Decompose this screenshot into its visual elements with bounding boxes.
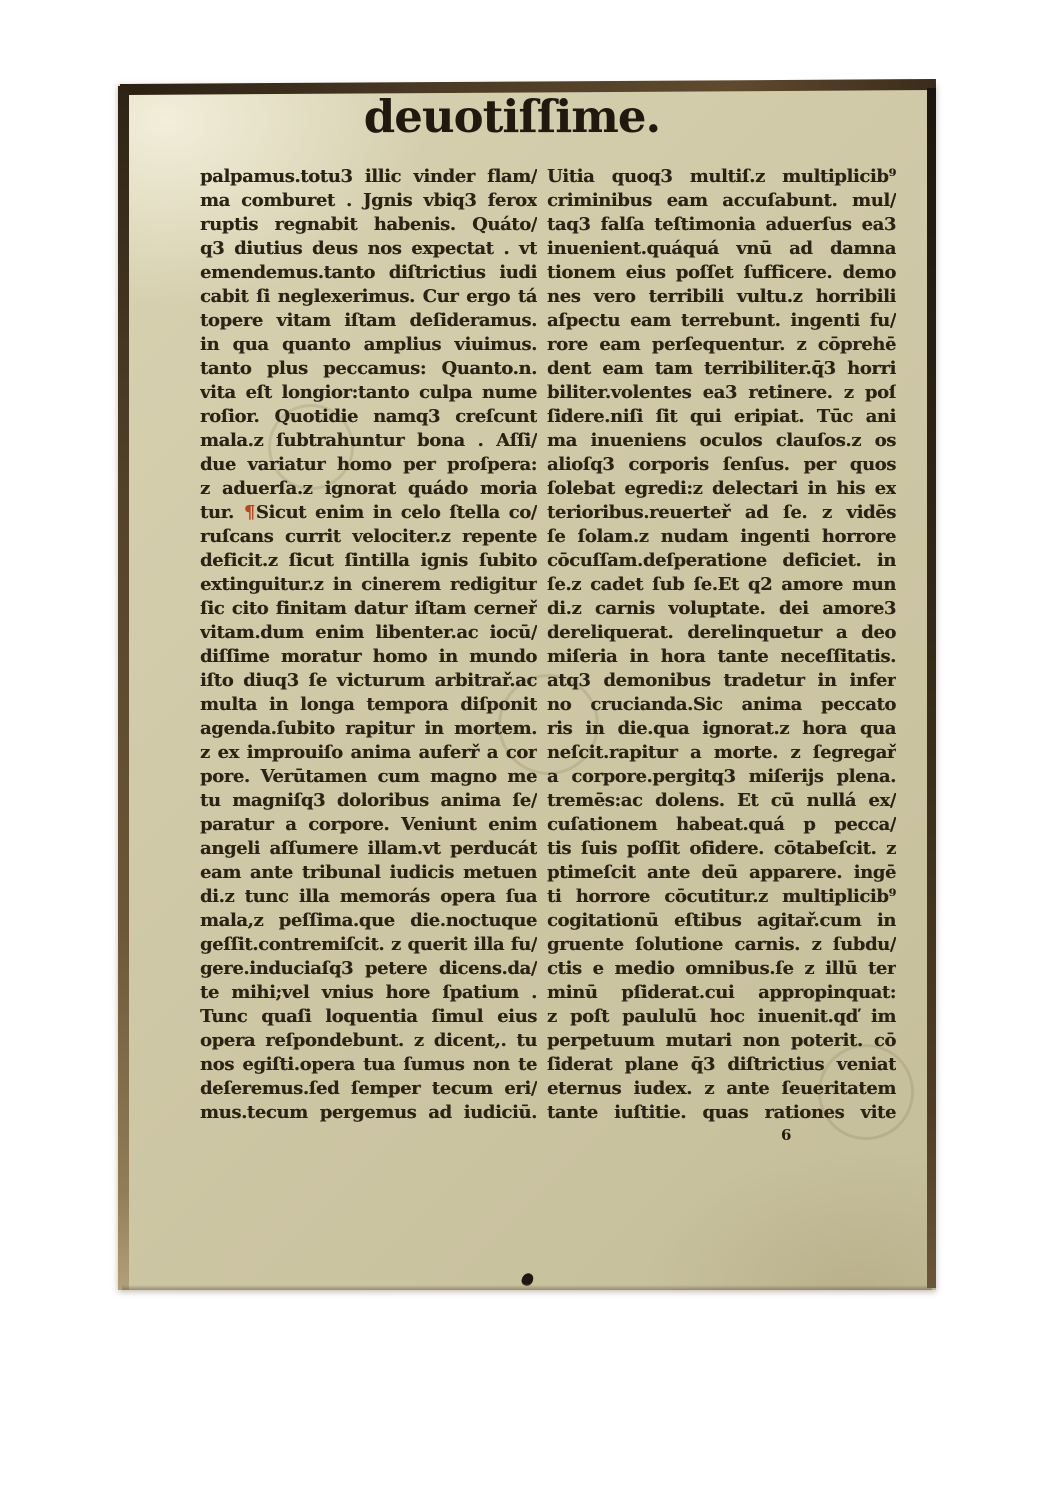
text-line: multa in longa tempora diſponit: [200, 693, 537, 717]
text-line: due variatur homo per proſpera:: [200, 453, 537, 477]
text-line: ctis e medio omnibus.ſe z illū ter: [547, 957, 896, 981]
scanned-book-page: deuotiſſime. palpamus.totu3 illic vinder…: [118, 84, 936, 1290]
running-title: deuotiſſime.: [118, 90, 936, 143]
text-line: ma inueniens oculos clauſos.z os: [547, 429, 896, 453]
page-bottom-edge: [122, 1285, 932, 1290]
text-line: ſe ſolam.z nudam ingenti horrore: [547, 525, 896, 549]
text-line: biliter.volentes ea3 retinere. z poſ: [547, 381, 896, 405]
page-right-edge: [927, 88, 936, 1288]
text-line: emendemus.tanto diſtrictius iudi: [200, 261, 537, 285]
text-line: Uitia quoq3 multiſ.z multiplicib⁹: [547, 165, 896, 189]
book-gutter-edge: [118, 86, 129, 1290]
text-line: terioribus.reuerteř ad ſe. z vidēs: [547, 501, 896, 525]
text-line: rore eam perſequentur. z cōprehē: [547, 333, 896, 357]
text-line: a corpore.pergitq3 miſerijs plena.: [547, 765, 896, 789]
text-line: mala.z ſubtrahuntur bona . Aſſi/: [200, 429, 537, 453]
text-line: di.z tunc illa memorás opera ſua: [200, 885, 537, 909]
text-line: ti horrore cōcutitur.z multiplicib⁹: [547, 885, 896, 909]
text-line: agenda.ſubito rapitur in mortem.: [200, 717, 537, 741]
text-line: dereliquerat. derelinquetur a deo: [547, 621, 896, 645]
text-line: atq3 demonibus tradetur in infer: [547, 669, 896, 693]
text-line: taq3 falſa teſtimonia aduerſus ea3: [547, 213, 896, 237]
left-text-column: palpamus.totu3 illic vinder flam/ma comb…: [200, 165, 537, 1125]
text-line: mala,z peſſima.que die.noctuque: [200, 909, 537, 933]
text-line: roſior. Quotidie namq3 creſcunt: [200, 405, 537, 429]
text-line: alioſq3 corporis ſenſus. per quos: [547, 453, 896, 477]
text-line: no crucianda.Sic anima peccato: [547, 693, 896, 717]
text-line: ruſcans currit velociter.z repente: [200, 525, 537, 549]
text-line: mus.tecum pergemus ad iudiciū.: [200, 1101, 537, 1125]
text-line: criminibus eam accuſabunt. mul/: [547, 189, 896, 213]
text-line: tis ſuis poſſit ofidere. cōtabeſcit. z: [547, 837, 896, 861]
text-line: angeli aſſumere illam.vt perducát: [200, 837, 537, 861]
text-line: vitam.dum enim libenter.ac iocū/: [200, 621, 537, 645]
text-line: nes vero terribili vultu.z horribili: [547, 285, 896, 309]
text-line: tremēs:ac dolens. Et cū nullá ex/: [547, 789, 896, 813]
text-line: te mihi;vel vnius hore ſpatium .: [200, 981, 537, 1005]
text-line: diſſime moratur homo in mundo: [200, 645, 537, 669]
text-line: gruente ſolutione carnis. z ſubdu/: [547, 933, 896, 957]
text-line: ſiderat plane q̄3 diſtrictius veniat: [547, 1053, 896, 1077]
text-line: iſto diuq3 ſe victurum arbitrař.ac: [200, 669, 537, 693]
text-line: neſcit.rapitur a morte. z ſegregař: [547, 741, 896, 765]
text-line: pore. Verūtamen cum magno me: [200, 765, 537, 789]
text-line: z poſt paululū hoc inuenit.qď im: [547, 1005, 896, 1029]
text-line: extinguitur.z in cinerem redigitur: [200, 573, 537, 597]
text-line: tionem eius poſſet ſufficere. demo: [547, 261, 896, 285]
text-line: palpamus.totu3 illic vinder flam/: [200, 165, 537, 189]
text-line: deſeremus.ſed ſemper tecum eri/: [200, 1077, 537, 1101]
text-line: nos egiſti.opera tua ſumus non te: [200, 1053, 537, 1077]
text-line: cōcuſſam.deſperatione deficiet. in: [547, 549, 896, 573]
text-line: in qua quanto amplius viuimus.: [200, 333, 537, 357]
text-line: tur. ¶Sicut enim in celo ſtella co/: [200, 501, 537, 525]
signature-mark: 6: [781, 1126, 791, 1144]
text-line: Tunc quaſi loquentia ſimul eius: [200, 1005, 537, 1029]
text-line: gere.induciaſq3 petere dicens.da/: [200, 957, 537, 981]
text-line: ma comburet . Jgnis vbiq3 ferox: [200, 189, 537, 213]
text-line: z aduerſa.z ignorat quádo moria: [200, 477, 537, 501]
text-line: deficit.z ſicut ſintilla ignis ſubito: [200, 549, 537, 573]
text-line: cogitationū eſtibus agitař.cum in: [547, 909, 896, 933]
text-line: paratur a corpore. Veniunt enim: [200, 813, 537, 837]
text-line: miſeria in hora tante neceſſitatis.: [547, 645, 896, 669]
text-line: topere vitam iſtam deſideramus.: [200, 309, 537, 333]
text-line: ruptis regnabit habenis. Quáto/: [200, 213, 537, 237]
text-line: z ex improuiſo anima auferř a cor: [200, 741, 537, 765]
text-line: dent eam tam terribiliter.q̄3 horri: [547, 357, 896, 381]
text-line: tante iuſtitie. quas rationes vite: [547, 1101, 896, 1125]
text-line: ſidere.niſi ſit qui eripiat. Tūc ani: [547, 405, 896, 429]
text-line: vita eſt longior:tanto culpa nume: [200, 381, 537, 405]
text-line: di.z carnis voluptate. dei amore3: [547, 597, 896, 621]
text-line: minū pſiderat.cui appropinquat:: [547, 981, 896, 1005]
rubric-pilcrow: ¶: [243, 502, 256, 523]
right-text-column: Uitia quoq3 multiſ.z multiplicib⁹crimini…: [547, 165, 896, 1125]
text-line: ris in die.qua ignorat.z hora qua: [547, 717, 896, 741]
text-line: perpetuum mutari non poterit. cō: [547, 1029, 896, 1053]
text-line: ptimeſcit ante deū apparere. ingē: [547, 861, 896, 885]
text-line: eam ante tribunal iudicis metuen: [200, 861, 537, 885]
text-line: inuenient.quáquá vnū ad damna: [547, 237, 896, 261]
text-line: ſe.z cadet ſub ſe.Et q2 amore mun: [547, 573, 896, 597]
text-line: geſſit.contremiſcit. z querit illa fu/: [200, 933, 537, 957]
text-line: cuſationem habeat.quá p pecca/: [547, 813, 896, 837]
text-line: eternus iudex. z ante ſeueritatem: [547, 1077, 896, 1101]
text-line: opera reſpondebunt. z dicent,. tu: [200, 1029, 537, 1053]
text-line: tanto plus peccamus: Quanto.n.: [200, 357, 537, 381]
text-line: q3 diutius deus nos expectat . vt: [200, 237, 537, 261]
text-line: ſic cito finitam datur iſtam cerneř: [200, 597, 537, 621]
text-line: ſolebat egredi:z delectari in his ex: [547, 477, 896, 501]
text-line: cabit ſi neglexerimus. Cur ergo tá: [200, 285, 537, 309]
text-line: aſpectu eam terrebunt. ingenti fu/: [547, 309, 896, 333]
text-line: tu magniſq3 doloribus anima ſe/: [200, 789, 537, 813]
